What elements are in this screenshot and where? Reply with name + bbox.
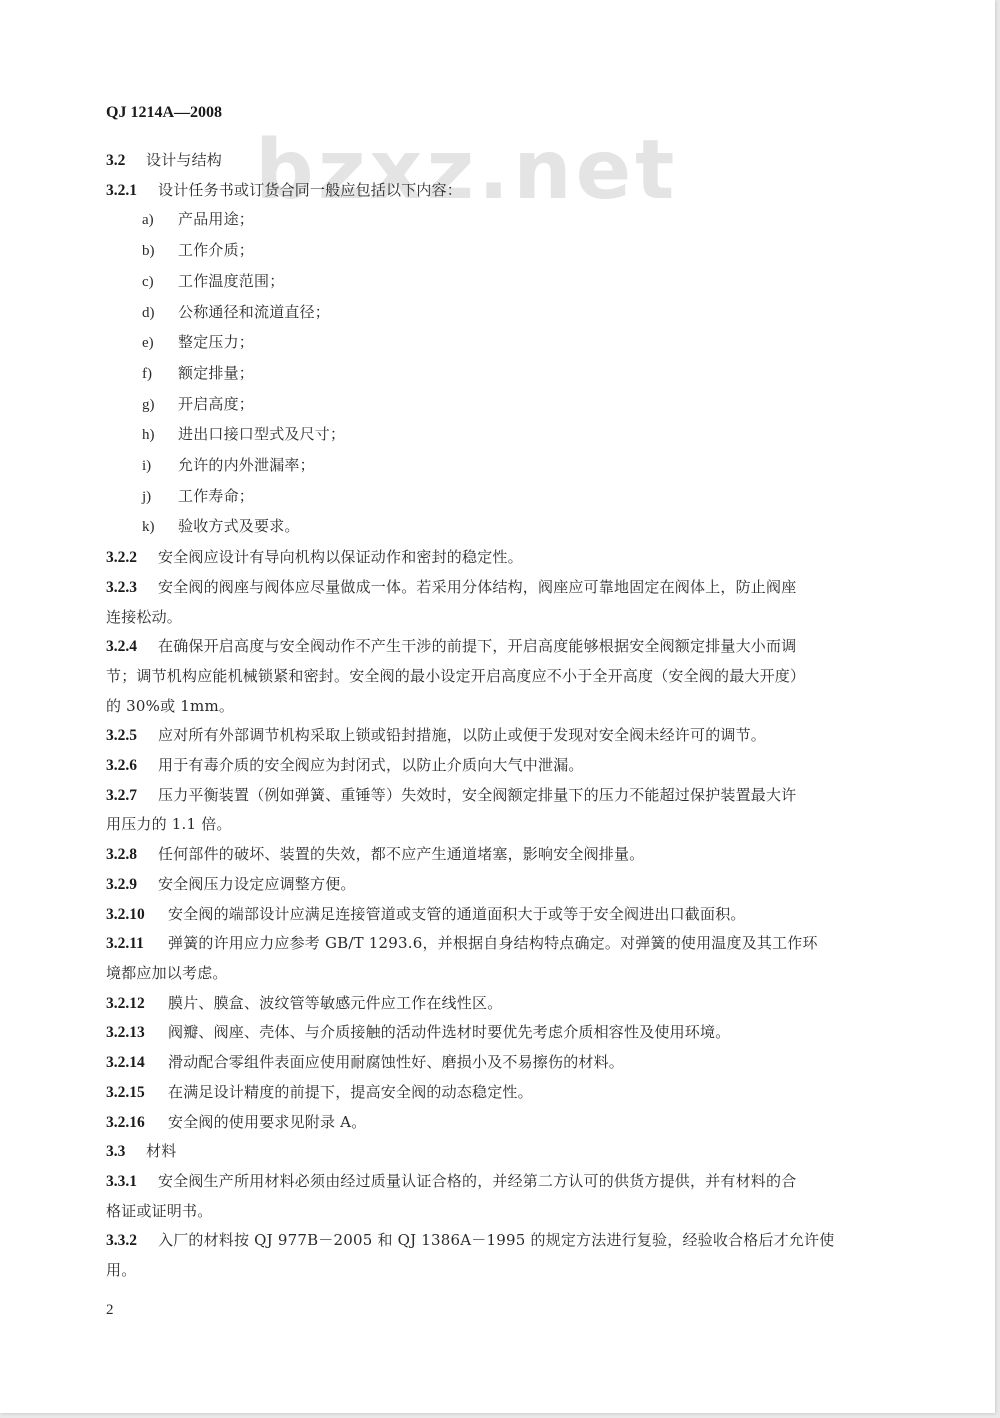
section-title: 设计与结构: [146, 151, 222, 169]
clause-continuation: 连接松动。: [106, 603, 906, 633]
clause-text: 用压力的 1.1 倍。: [106, 815, 232, 833]
clause-number: 3.2.3: [106, 573, 158, 603]
list-item: c)工作温度范围；: [106, 267, 906, 298]
clause-continuation: 节；调节机构应能机械锁紧和密封。安全阀的最小设定开启高度应不小于全开高度（安全阀…: [106, 662, 906, 692]
list-item-text: 公称通径和流道直径；: [178, 303, 330, 321]
clause-continuation: 境都应加以考虑。: [106, 959, 906, 989]
list-marker: a): [142, 206, 178, 236]
clause-text: 安全阀应设计有导向机构以保证动作和密封的稳定性。: [158, 548, 523, 566]
list-marker: k): [142, 513, 178, 543]
list-marker: c): [142, 268, 178, 298]
clause: 3.2.14滑动配合零组件表面应使用耐腐蚀性好、磨损小及不易擦伤的材料。: [106, 1048, 906, 1078]
section-heading: 3.2设计与结构: [106, 146, 906, 176]
section-number: 3.2: [106, 146, 146, 176]
clause-text: 应对所有外部调节机构采取上锁或铅封措施，以防止或便于发现对安全阀未经许可的调节。: [158, 726, 766, 744]
clause: 3.2.12膜片、膜盒、波纹管等敏感元件应工作在线性区。: [106, 989, 906, 1019]
clause-continuation: 格证或证明书。: [106, 1197, 906, 1227]
clause-text: 压力平衡装置（例如弹簧、重锤等）失效时，安全阀额定排量下的压力不能超过保护装置最…: [158, 786, 796, 804]
standard-code-header: QJ 1214A—2008: [106, 104, 222, 122]
clause-number: 3.2.13: [106, 1018, 168, 1048]
clause-text: 在满足设计精度的前提下，提高安全阀的动态稳定性。: [168, 1083, 533, 1101]
list-item-text: 工作寿命；: [178, 487, 254, 505]
clause-text: 连接松动。: [106, 608, 182, 626]
list-marker: f): [142, 360, 178, 390]
list-marker: j): [142, 483, 178, 513]
clause: 3.3.2入厂的材料按 QJ 977B－2005 和 QJ 1386A－1995…: [106, 1226, 906, 1256]
clause-number: 3.2.11: [106, 929, 168, 959]
clause-text: 滑动配合零组件表面应使用耐腐蚀性好、磨损小及不易擦伤的材料。: [168, 1053, 624, 1071]
clause-text: 任何部件的破坏、装置的失效，都不应产生通道堵塞，影响安全阀排量。: [158, 845, 644, 863]
list-marker: h): [142, 421, 178, 451]
clause-number: 3.3.2: [106, 1226, 158, 1256]
clause-number: 3.3.1: [106, 1167, 158, 1197]
clause-number: 3.2.2: [106, 543, 158, 573]
clause-number: 3.2.5: [106, 721, 158, 751]
clause: 3.2.2安全阀应设计有导向机构以保证动作和密封的稳定性。: [106, 543, 906, 573]
clause-text: 用。: [106, 1261, 136, 1279]
clause-number: 3.2.8: [106, 840, 158, 870]
clause-text: 的 30%或 1mm。: [106, 697, 234, 715]
clause-number: 3.2.4: [106, 632, 158, 662]
clause-text: 用于有毒介质的安全阀应为封闭式，以防止介质向大气中泄漏。: [158, 756, 584, 774]
list-marker: b): [142, 237, 178, 267]
clause: 3.3.1安全阀生产所用材料必须由经过质量认证合格的，并经第二方认可的供货方提供…: [106, 1167, 906, 1197]
clause-continuation: 用。: [106, 1256, 906, 1286]
list-item: d)公称通径和流道直径；: [106, 298, 906, 329]
list-marker: i): [142, 452, 178, 482]
clause-number: 3.2.10: [106, 900, 168, 930]
list-item: h)进出口接口型式及尺寸；: [106, 420, 906, 451]
list-item: g)开启高度；: [106, 390, 906, 421]
clause: 3.2.9安全阀压力设定应调整方便。: [106, 870, 906, 900]
clause-text: 入厂的材料按 QJ 977B－2005 和 QJ 1386A－1995 的规定方…: [158, 1231, 834, 1249]
list-item-text: 整定压力；: [178, 333, 254, 351]
clause: 3.2.10安全阀的端部设计应满足连接管道或支管的通道面积大于或等于安全阀进出口…: [106, 900, 906, 930]
section-title: 材料: [146, 1142, 176, 1160]
clause-text: 设计任务书或订货合同一般应包括以下内容：: [158, 181, 462, 199]
list-item: f)额定排量；: [106, 359, 906, 390]
clause-number: 3.2.12: [106, 989, 168, 1019]
clause: 3.2.13阀瓣、阀座、壳体、与介质接触的活动件选材时要优先考虑介质相容性及使用…: [106, 1018, 906, 1048]
clause-text: 安全阀的使用要求见附录 A。: [168, 1113, 366, 1131]
clause-continuation: 的 30%或 1mm。: [106, 692, 906, 722]
clause-continuation: 用压力的 1.1 倍。: [106, 810, 906, 840]
list-item-text: 开启高度；: [178, 395, 254, 413]
clause: 3.2.8任何部件的破坏、装置的失效，都不应产生通道堵塞，影响安全阀排量。: [106, 840, 906, 870]
clause: 3.2.3安全阀的阀座与阀体应尽量做成一体。若采用分体结构，阀座应可靠地固定在阀…: [106, 573, 906, 603]
clause-text: 安全阀的端部设计应满足连接管道或支管的通道面积大于或等于安全阀进出口截面积。: [168, 905, 746, 923]
clause-text: 安全阀生产所用材料必须由经过质量认证合格的，并经第二方认可的供货方提供，并有材料…: [158, 1172, 796, 1190]
clause-number: 3.2.7: [106, 781, 158, 811]
clause: 3.2.5应对所有外部调节机构采取上锁或铅封措施，以防止或便于发现对安全阀未经许…: [106, 721, 906, 751]
list-item: b)工作介质；: [106, 236, 906, 267]
clause-text: 阀瓣、阀座、壳体、与介质接触的活动件选材时要优先考虑介质相容性及使用环境。: [168, 1023, 730, 1041]
list-item: e)整定压力；: [106, 328, 906, 359]
clause-number: 3.2.16: [106, 1108, 168, 1138]
clause-text: 安全阀的阀座与阀体应尽量做成一体。若采用分体结构，阀座应可靠地固定在阀体上，防止…: [158, 578, 796, 596]
list-item: k)验收方式及要求。: [106, 512, 906, 543]
list-item: i)允许的内外泄漏率；: [106, 451, 906, 482]
document-page: bzxz.net QJ 1214A—2008 3.2设计与结构3.2.1设计任务…: [0, 0, 995, 1413]
section-heading: 3.3材料: [106, 1137, 906, 1167]
clause: 3.2.11弹簧的许用应力应参考 GB/T 1293.6，并根据自身结构特点确定…: [106, 929, 906, 959]
list-item: a)产品用途；: [106, 205, 906, 236]
clause-number: 3.2.6: [106, 751, 158, 781]
list-item-text: 允许的内外泄漏率；: [178, 456, 315, 474]
clause-text: 境都应加以考虑。: [106, 964, 228, 982]
clause-text: 节；调节机构应能机械锁紧和密封。安全阀的最小设定开启高度应不小于全开高度（安全阀…: [106, 667, 805, 685]
clause-text: 弹簧的许用应力应参考 GB/T 1293.6，并根据自身结构特点确定。对弹簧的使…: [168, 934, 818, 952]
list-marker: e): [142, 329, 178, 359]
list-item-text: 验收方式及要求。: [178, 517, 300, 535]
list-item: j)工作寿命；: [106, 482, 906, 513]
list-item-text: 工作介质；: [178, 241, 254, 259]
clause: 3.2.15在满足设计精度的前提下，提高安全阀的动态稳定性。: [106, 1078, 906, 1108]
clause-text: 在确保开启高度与安全阀动作不产生干涉的前提下，开启高度能够根据安全阀额定排量大小…: [158, 637, 796, 655]
clause-number: 3.2.1: [106, 176, 158, 206]
list-marker: g): [142, 391, 178, 421]
list-item-text: 工作温度范围；: [178, 272, 284, 290]
document-body: 3.2设计与结构3.2.1设计任务书或订货合同一般应包括以下内容：a)产品用途；…: [106, 146, 906, 1286]
clause-number: 3.2.14: [106, 1048, 168, 1078]
clause-number: 3.2.15: [106, 1078, 168, 1108]
list-item-text: 产品用途；: [178, 210, 254, 228]
clause: 3.2.6用于有毒介质的安全阀应为封闭式，以防止介质向大气中泄漏。: [106, 751, 906, 781]
clause: 3.2.4在确保开启高度与安全阀动作不产生干涉的前提下，开启高度能够根据安全阀额…: [106, 632, 906, 662]
list-item-text: 进出口接口型式及尺寸；: [178, 425, 345, 443]
list-marker: d): [142, 299, 178, 329]
clause-number: 3.2.9: [106, 870, 158, 900]
clause: 3.2.16安全阀的使用要求见附录 A。: [106, 1108, 906, 1138]
clause: 3.2.7压力平衡装置（例如弹簧、重锤等）失效时，安全阀额定排量下的压力不能超过…: [106, 781, 906, 811]
page-number: 2: [106, 1302, 114, 1319]
clause: 3.2.1设计任务书或订货合同一般应包括以下内容：: [106, 176, 906, 206]
clause-text: 膜片、膜盒、波纹管等敏感元件应工作在线性区。: [168, 994, 502, 1012]
clause-text: 格证或证明书。: [106, 1202, 212, 1220]
clause-text: 安全阀压力设定应调整方便。: [158, 875, 356, 893]
list-item-text: 额定排量；: [178, 364, 254, 382]
section-number: 3.3: [106, 1137, 146, 1167]
